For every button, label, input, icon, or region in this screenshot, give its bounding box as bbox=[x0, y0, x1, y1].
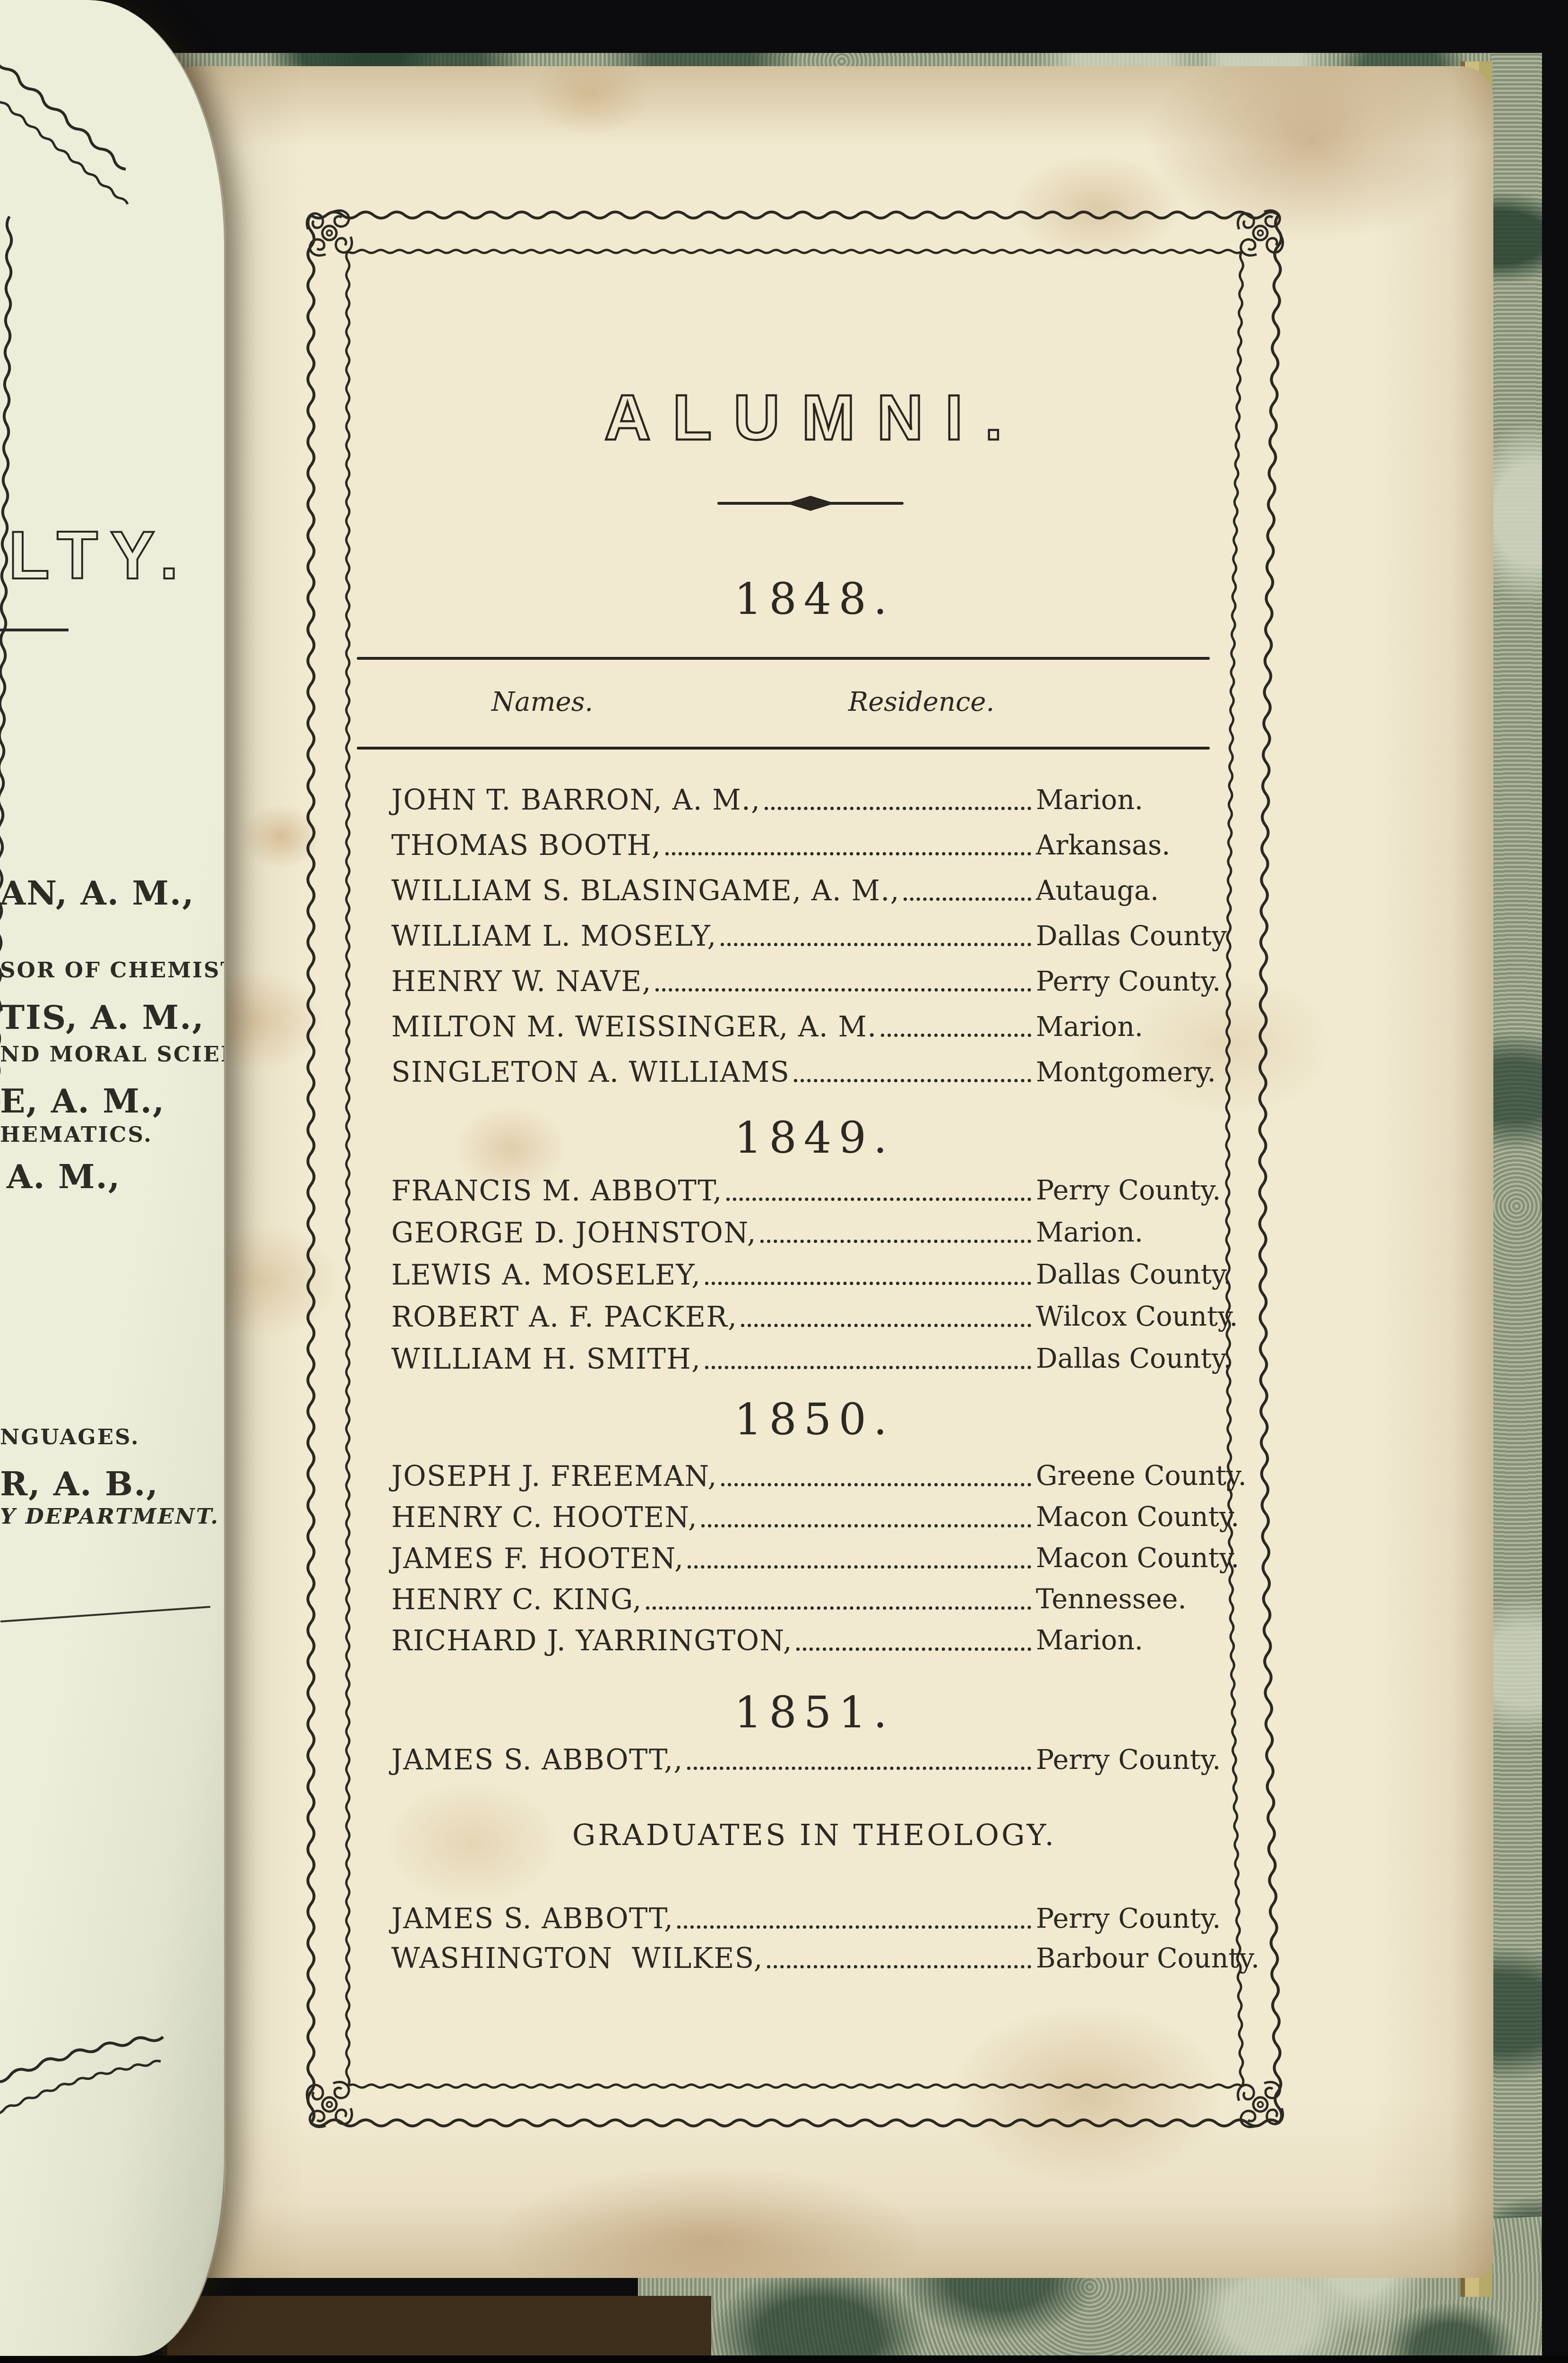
alumnus-name: HENRY C. KING, bbox=[391, 1579, 642, 1620]
year-heading: 1848. bbox=[391, 578, 1237, 621]
divider-ornament-icon bbox=[716, 492, 905, 514]
theology-heading: GRADUATES IN THEOLOGY. bbox=[391, 1820, 1237, 1850]
alumni-row: ROBERT A. F. PACKER,Wilcox County. bbox=[391, 1296, 1238, 1338]
dot-leader bbox=[701, 1524, 1031, 1527]
alumni-row: JAMES S. ABBOTT,,Perry County. bbox=[391, 1738, 1238, 1782]
alumnus-name: RICHARD J. YARRINGTON, bbox=[391, 1620, 793, 1661]
residence: Marion. bbox=[1036, 1620, 1238, 1661]
alumnus-name: LEWIS A. MOSELEY, bbox=[391, 1254, 701, 1296]
alumnus-name: WILLIAM H. SMITH, bbox=[391, 1338, 701, 1380]
residence: Marion. bbox=[1036, 1004, 1238, 1050]
faculty-title-line: HEMATICS. bbox=[0, 1124, 153, 1145]
alumni-row: THOMAS BOOTH,Arkansas. bbox=[391, 823, 1238, 868]
faculty-title-line: NGUAGES. bbox=[0, 1426, 140, 1448]
residence: Perry County. bbox=[1036, 1899, 1238, 1939]
alumni-row: HENRY W. NAVE,Perry County. bbox=[391, 959, 1238, 1004]
alumni-row: JAMES S. ABBOTT,Perry County. bbox=[391, 1899, 1238, 1939]
alumnus-name: WILLIAM S. BLASINGAME, A. M., bbox=[391, 868, 900, 914]
dot-leader bbox=[881, 1034, 1031, 1037]
alumnus-name: MILTON M. WEISSINGER, A. M. bbox=[391, 1004, 877, 1050]
alumnus-name: JOSEPH J. FREEMAN, bbox=[391, 1456, 717, 1497]
residence: Macon County. bbox=[1036, 1497, 1238, 1538]
alumni-row: JAMES F. HOOTEN,Macon County. bbox=[391, 1538, 1238, 1579]
alumni-row: HENRY C. HOOTEN,Macon County. bbox=[391, 1497, 1238, 1538]
residence: Greene County. bbox=[1036, 1456, 1238, 1497]
dot-leader bbox=[721, 943, 1031, 946]
residence: Perry County. bbox=[1036, 1170, 1238, 1212]
alumni-row: WILLIAM L. MOSELY,Dallas County bbox=[391, 914, 1238, 959]
residence: Macon County. bbox=[1036, 1538, 1238, 1579]
left-page-rule bbox=[0, 629, 69, 631]
residence: Perry County. bbox=[1036, 1738, 1238, 1782]
alumni-list-1849: FRANCIS M. ABBOTT,Perry County.GEORGE D.… bbox=[391, 1170, 1238, 1380]
dot-leader bbox=[767, 1965, 1031, 1968]
year-heading: 1849. bbox=[391, 1116, 1237, 1160]
scanned-book-photograph: ALUMNI. 1848. Names. Residence. JOHN T. … bbox=[0, 0, 1568, 2363]
dot-leader bbox=[646, 1606, 1031, 1610]
faculty-title-line: SOR OF CHEMISTRY. bbox=[0, 959, 226, 981]
dot-leader bbox=[687, 1767, 1031, 1770]
page-title: ALUMNI. bbox=[391, 385, 1237, 449]
residence: Autauga. bbox=[1036, 868, 1238, 914]
alumni-row: SINGLETON A. WILLIAMSMontgomery. bbox=[391, 1050, 1238, 1095]
alumni-row: JOSEPH J. FREEMAN,Greene County. bbox=[391, 1456, 1238, 1497]
residence: Perry County. bbox=[1036, 959, 1238, 1004]
dot-leader bbox=[705, 1366, 1031, 1369]
faculty-name-fragment: A. M., bbox=[7, 1160, 121, 1193]
residence: Marion. bbox=[1036, 1212, 1238, 1254]
alumni-row: WASHINGTON WILKES,Barbour County. bbox=[391, 1939, 1238, 1978]
year-heading: 1851. bbox=[391, 1691, 1237, 1734]
dot-leader bbox=[765, 807, 1031, 810]
alumnus-name: HENRY C. HOOTEN, bbox=[391, 1497, 698, 1538]
alumni-row: RICHARD J. YARRINGTON,Marion. bbox=[391, 1620, 1238, 1661]
alumni-row: FRANCIS M. ABBOTT,Perry County. bbox=[391, 1170, 1238, 1212]
alumnus-name: JAMES S. ABBOTT,, bbox=[391, 1738, 683, 1782]
alumnus-name: ROBERT A. F. PACKER, bbox=[391, 1296, 737, 1338]
table-rule-top bbox=[357, 657, 1210, 660]
faculty-title-fragment: LTY. bbox=[9, 522, 190, 589]
alumnus-name: SINGLETON A. WILLIAMS bbox=[391, 1050, 790, 1095]
dot-leader bbox=[796, 1647, 1031, 1651]
dot-leader bbox=[741, 1324, 1031, 1327]
alumni-row: HENRY C. KING,Tennessee. bbox=[391, 1579, 1238, 1620]
alumnus-name: HENRY W. NAVE, bbox=[391, 959, 652, 1004]
alumnus-name: WASHINGTON WILKES, bbox=[391, 1939, 763, 1978]
alumnus-name: GEORGE D. JOHNSTON, bbox=[391, 1212, 757, 1254]
alumni-row: MILTON M. WEISSINGER, A. M.Marion. bbox=[391, 1004, 1238, 1050]
dot-leader bbox=[688, 1565, 1031, 1569]
faculty-name-fragment: AN, A. M., bbox=[0, 877, 195, 910]
column-header-names: Names. bbox=[491, 689, 593, 716]
alumni-list-1851: JAMES S. ABBOTT,,Perry County. bbox=[391, 1738, 1238, 1782]
residence: Barbour County. bbox=[1036, 1939, 1238, 1978]
table-rule-bottom bbox=[357, 747, 1210, 750]
residence: Dallas County. bbox=[1036, 1254, 1238, 1296]
alumni-list-1848: JOHN T. BARRON, A. M.,Marion.THOMAS BOOT… bbox=[391, 777, 1238, 1095]
alumni-list-1850: JOSEPH J. FREEMAN,Greene County.HENRY C.… bbox=[391, 1456, 1238, 1661]
column-header-residence: Residence. bbox=[848, 689, 994, 716]
alumnus-name: JOHN T. BARRON, A. M., bbox=[391, 777, 761, 823]
alumni-row: JOHN T. BARRON, A. M.,Marion. bbox=[391, 777, 1238, 823]
alumnus-name: THOMAS BOOTH, bbox=[391, 823, 662, 868]
alumnus-name: FRANCIS M. ABBOTT, bbox=[391, 1170, 723, 1212]
dot-leader bbox=[655, 988, 1031, 992]
faculty-name-fragment: TIS, A. M., bbox=[0, 1001, 205, 1034]
year-heading: 1850. bbox=[391, 1398, 1237, 1441]
dot-leader bbox=[677, 1925, 1031, 1929]
residence: Dallas County bbox=[1036, 914, 1238, 959]
residence: Tennessee. bbox=[1036, 1579, 1238, 1620]
alumni-row: GEORGE D. JOHNSTON,Marion. bbox=[391, 1212, 1238, 1254]
dot-leader bbox=[665, 852, 1031, 855]
dot-leader bbox=[760, 1240, 1031, 1243]
dot-leader bbox=[794, 1079, 1032, 1082]
dot-leader bbox=[904, 897, 1031, 901]
alumni-row: WILLIAM S. BLASINGAME, A. M.,Autauga. bbox=[391, 868, 1238, 914]
faculty-name-fragment: R, A. B., bbox=[0, 1467, 159, 1501]
faculty-name-fragment: E, A. M., bbox=[0, 1085, 165, 1118]
dot-leader bbox=[721, 1483, 1031, 1486]
previous-page-fragment: LTY. AN, A. M., SOR OF CHEMISTRY. TIS, A… bbox=[0, 0, 226, 2356]
alumnus-name: JAMES F. HOOTEN, bbox=[391, 1538, 684, 1579]
faculty-title-line: ND MORAL SCIENCE. bbox=[0, 1044, 226, 1065]
theology-graduates-list: JAMES S. ABBOTT,Perry County.WASHINGTON … bbox=[391, 1899, 1238, 1978]
alumni-row: LEWIS A. MOSELEY,Dallas County. bbox=[391, 1254, 1238, 1296]
faculty-title-line: Y DEPARTMENT. bbox=[0, 1506, 219, 1527]
residence: Dallas County. bbox=[1036, 1338, 1238, 1380]
alumni-row: WILLIAM H. SMITH,Dallas County. bbox=[391, 1338, 1238, 1380]
alumnus-name: WILLIAM L. MOSELY, bbox=[391, 914, 717, 959]
dot-leader bbox=[726, 1198, 1031, 1201]
alumnus-name: JAMES S. ABBOTT, bbox=[391, 1899, 673, 1939]
residence: Wilcox County. bbox=[1036, 1296, 1238, 1338]
residence: Marion. bbox=[1036, 777, 1238, 823]
residence: Montgomery. bbox=[1036, 1050, 1238, 1095]
residence: Arkansas. bbox=[1036, 823, 1238, 868]
dot-leader bbox=[705, 1282, 1031, 1285]
